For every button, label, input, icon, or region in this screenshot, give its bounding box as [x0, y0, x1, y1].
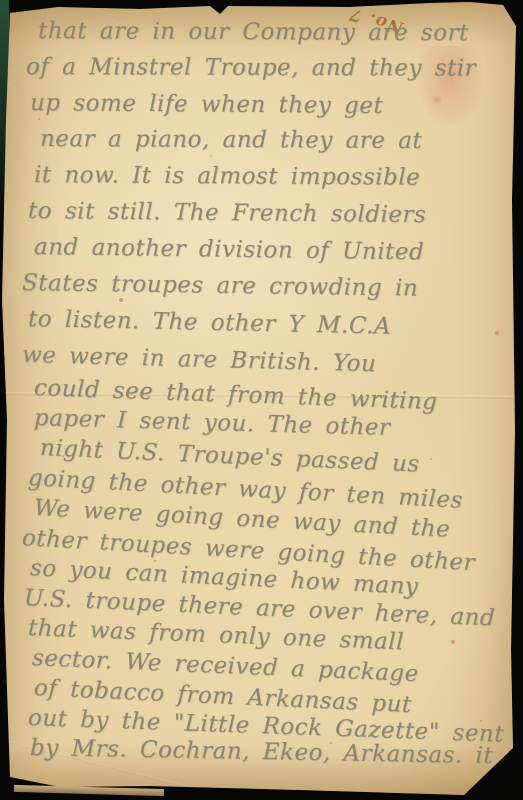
handwriting-line: that are in our Company are sort [38, 13, 523, 52]
handwriting-line: it now. It is almost impossible [34, 157, 523, 196]
handwriting-line: near a piano, and they are at [40, 121, 523, 160]
second-page-edge [14, 785, 164, 796]
letter-page: No. 7 that are in our Company are sort o… [0, 0, 523, 800]
handwriting-line: up some life when they get [30, 85, 523, 125]
scan-background: No. 7 that are in our Company are sort o… [0, 0, 523, 800]
handwriting-line: of a Minstrel Troupe, and they stir [26, 49, 523, 87]
handwriting-line: to sit still. The French soldiers [28, 193, 523, 234]
letter-body: that are in our Company are sort of a Mi… [0, 13, 523, 763]
